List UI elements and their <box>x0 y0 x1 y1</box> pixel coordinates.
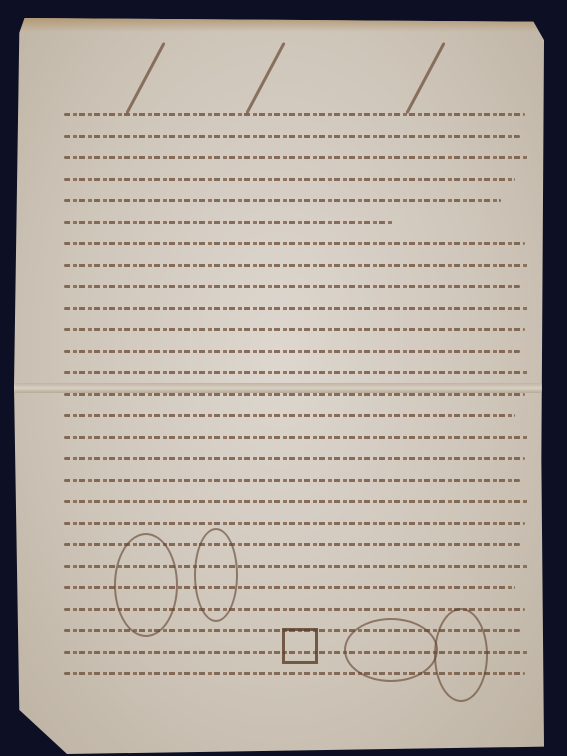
pen-stroke <box>245 42 285 114</box>
pen-stroke <box>125 42 165 114</box>
stained-top-edge <box>14 18 544 32</box>
fold-crease <box>14 383 544 393</box>
signature-flourish <box>344 618 438 682</box>
image-description: Photograph of a handwritten historical m… <box>0 0 1 1</box>
pen-stroke <box>405 42 445 114</box>
signature-flourish <box>114 533 178 637</box>
manuscript-page <box>14 18 544 754</box>
signature-flourish <box>434 608 488 702</box>
signature-flourish <box>194 528 238 622</box>
notarial-sign <box>282 628 318 664</box>
